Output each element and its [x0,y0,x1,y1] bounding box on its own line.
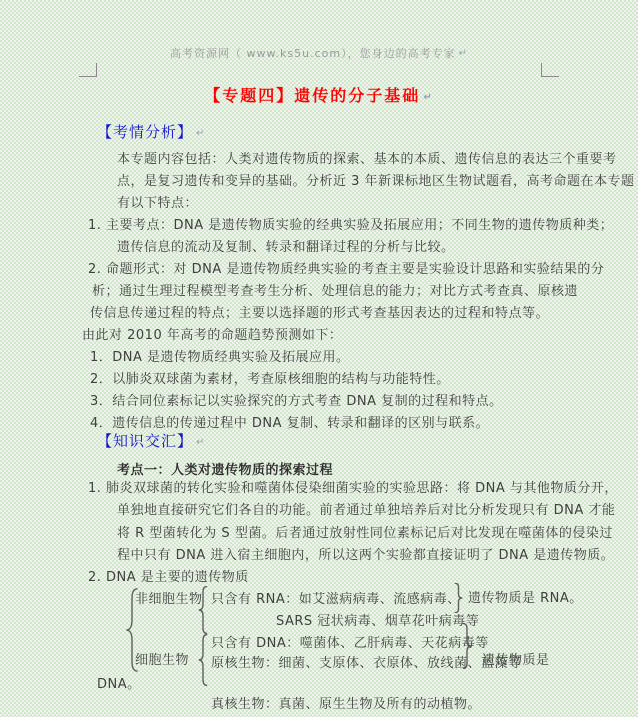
intro-line: 本专题内容包括：人类对遗传物质的探索、基本的本质、遗传信息的表达三个重要考 [117,152,617,167]
section-heading-text: 【知识交汇】 [97,432,193,450]
section-heading-knowledge: 【知识交汇】↵ [97,430,205,451]
intro-line: 有以下特点： [117,196,198,211]
topic-heading: 考点一：人类对遗传物质的探索过程 [117,459,333,478]
diagram-label-dna-result: 遗传物质是 [482,653,550,668]
diagram-label-dna-result-cont: DNA。 [97,677,141,692]
diagram-label-dna-viruses: 只含有 DNA：噬菌体、乙肝病毒、天花病毒等 [211,636,489,651]
knowledge-point-line: 2. DNA 是主要的遗传物质 [88,570,249,585]
forecast-lead-line: 由此对 2010 年高考的命题趋势预测如下： [82,328,342,343]
paragraph-mark-icon: ↵ [196,437,205,448]
site-header-text: 高考资源网（ www.ks5u.com），您身边的高考专家 [170,47,456,60]
brace-open-cell-icon [197,634,209,686]
margin-crop-mark-right-icon [541,63,559,77]
diagram-label-rna-result: 遗传物质是 RNA。 [468,591,583,606]
page-header: 高考资源网（ www.ks5u.com），您身边的高考专家↵ [0,45,638,61]
diagram-label-cell: 细胞生物 [135,653,189,668]
diagram-label-eukaryote: 真核生物：真菌、原生生物及所有的动植物。 [211,697,481,712]
intro-line: 点，是复习遗传和变异的基础。分析近 3 年新课标地区生物试题看，高考命题在本专题 [117,174,635,189]
document-title-text: 【专题四】遗传的分子基础 [204,86,420,105]
margin-crop-mark-left-icon [79,63,97,77]
prediction-line: 1．DNA 是遗传物质经典实验及拓展应用。 [90,350,350,365]
paragraph-mark-icon: ↵ [423,92,433,103]
diagram-label-prokaryote: 原核生物：细菌、支原体、衣原体、放线菌、蓝藻等 [211,656,522,671]
prediction-line: 2．以肺炎双球菌为素材，考查原核细胞的结构与功能特性。 [90,372,450,387]
list-item-line: 1. 主要考点：DNA 是遗传物质实验的经典实验及拓展应用；不同生物的遗传物质种… [88,218,613,233]
list-item-line: 2. 命题形式：对 DNA 是遗传物质经典实验的考查主要是实验设计思路和实验结果… [88,262,604,277]
document-page: { "colors": { "accent_red": "#fe0000", "… [0,0,638,717]
knowledge-point-line: 1. 肺炎双球菌的转化实验和噬菌体侵染细菌实验的实验思路：将 DNA 与其他物质… [88,481,618,496]
knowledge-point-line: 将 R 型菌转化为 S 型菌。后者通过放射性同位素标记后对比发现在噬菌体的侵染过 [117,526,613,541]
diagram-label-noncell: 非细胞生物 [135,592,203,607]
section-heading-text: 【考情分析】 [97,123,193,141]
section-heading-exam-analysis: 【考情分析】↵ [97,121,205,142]
list-item-line: 析；通过生理过程模型考查考生分析、处理信息的能力；对比方式考查真、原核遗 [92,284,578,299]
list-item-line: 传信息传递过程的特点；主要以选择题的形式考查基因表达的过程和特点等。 [90,306,549,321]
prediction-line: 3．结合同位素标记以实验探究的方式考查 DNA 复制的过程和特点。 [90,394,503,409]
knowledge-point-line: 单独地直接研究它们各自的功能。前者通过单独培养后对比分析发现只有 DNA 才能 [117,503,615,518]
paragraph-mark-icon: ↵ [196,128,205,139]
prediction-line: 4．遗传信息的传递过程中 DNA 复制、转录和翻译的区别与联系。 [90,416,489,431]
knowledge-point-line: 程中只有 DNA 进入宿主细胞内，所以这两个实验都直接证明了 DNA 是遗传物质… [117,548,614,563]
diagram-label-rna-viruses: 只含有 RNA：如艾滋病病毒、流感病毒、 [211,592,461,607]
paragraph-mark-icon: ↵ [459,48,468,59]
document-title: 【专题四】遗传的分子基础↵ [0,83,638,106]
list-item-line: 遗传信息的流动及复制、转录和翻译过程的分析与比较。 [117,240,455,255]
diagram-label-rna-viruses-cont: SARS 冠状病毒、烟草花叶病毒等 [276,614,479,629]
